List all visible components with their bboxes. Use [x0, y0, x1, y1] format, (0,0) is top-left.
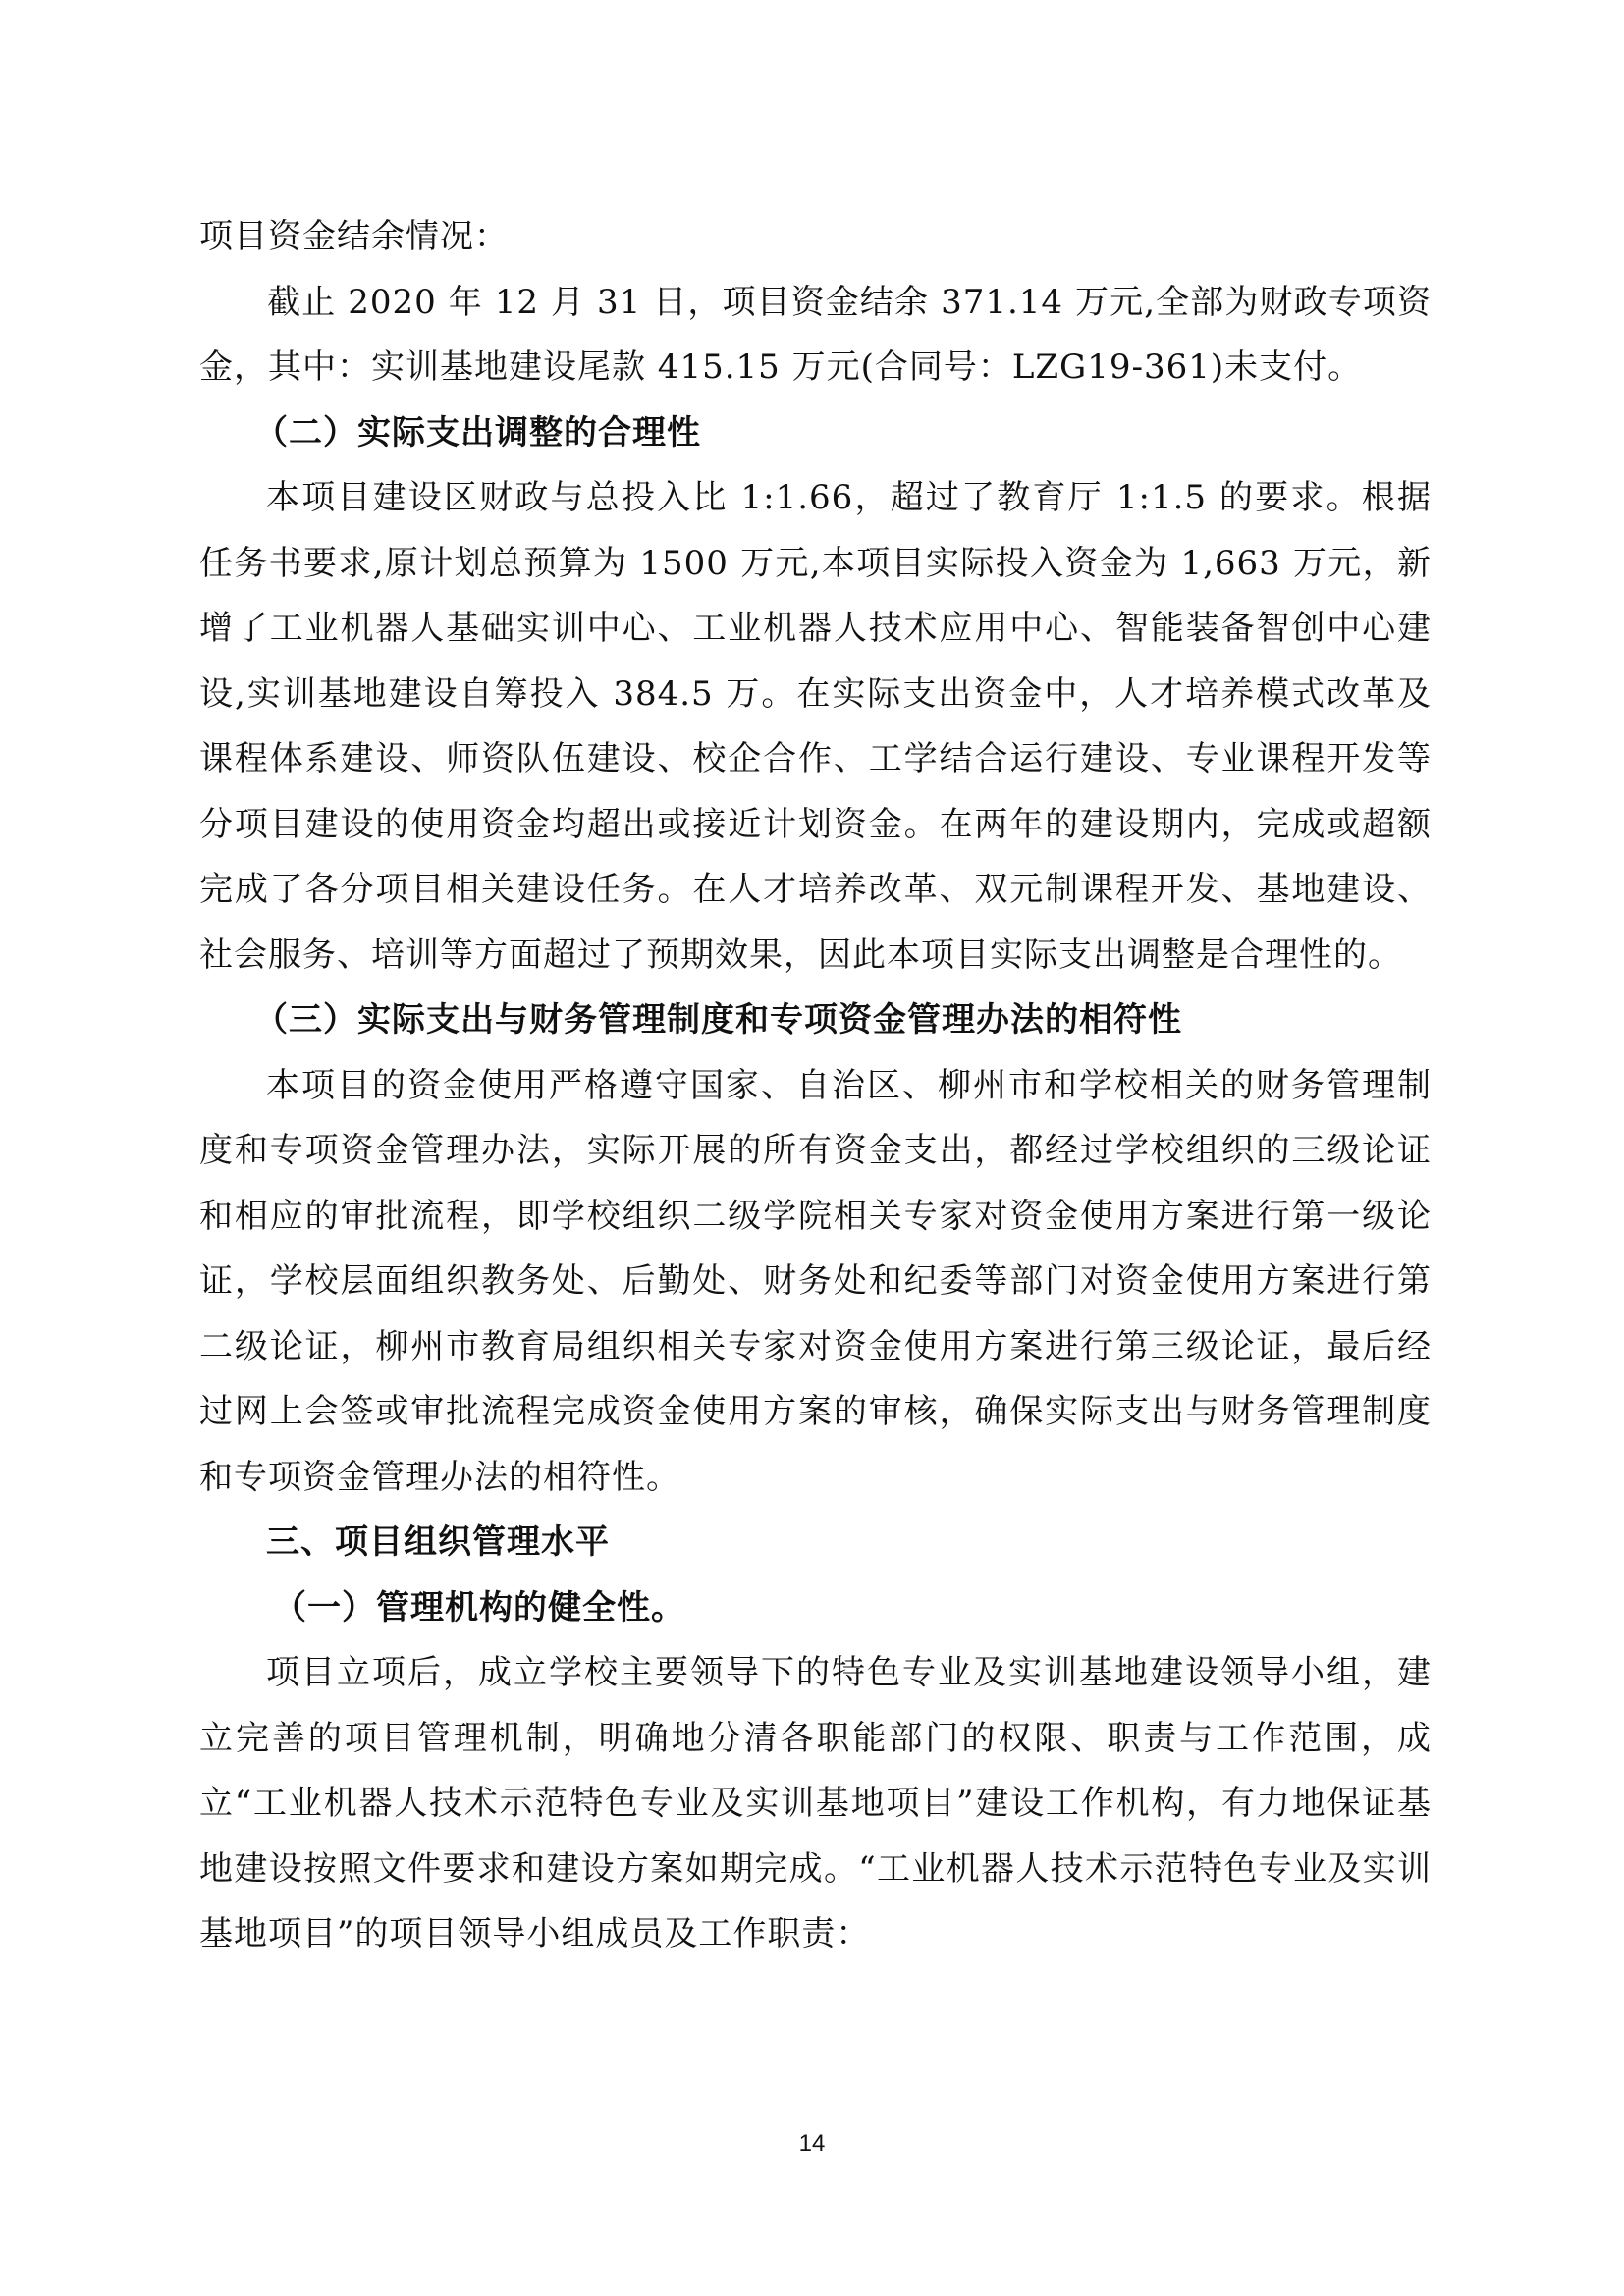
document-body: 项目资金结余情况： 截止 2020 年 12 月 31 日，项目资金结余 371… [199, 204, 1432, 1967]
fund-balance-label: 项目资金结余情况： [199, 204, 1432, 270]
document-page: 项目资金结余情况： 截止 2020 年 12 月 31 日，项目资金结余 371… [0, 0, 1624, 2296]
expenditure-adjustment-paragraph: 本项目建设区财政与总投入比 1:1.66，超过了教育厅 1:1.5 的要求。根据… [199, 465, 1432, 988]
section-heading-compliance: （三）实际支出与财务管理制度和专项资金管理办法的相符性 [199, 988, 1432, 1053]
page-number: 14 [0, 2130, 1624, 2158]
chapter-heading-organization: 三、项目组织管理水平 [199, 1510, 1432, 1575]
management-structure-paragraph: 项目立项后，成立学校主要领导下的特色专业及实训基地建设领导小组，建立完善的项目管… [199, 1640, 1432, 1967]
section-heading-management-structure: （一）管理机构的健全性。 [199, 1575, 1432, 1641]
compliance-paragraph: 本项目的资金使用严格遵守国家、自治区、柳州市和学校相关的财务管理制度和专项资金管… [199, 1053, 1432, 1511]
section-heading-expenditure-adjustment: （二）实际支出调整的合理性 [199, 400, 1432, 466]
fund-balance-paragraph: 截止 2020 年 12 月 31 日，项目资金结余 371.14 万元,全部为… [199, 270, 1432, 400]
